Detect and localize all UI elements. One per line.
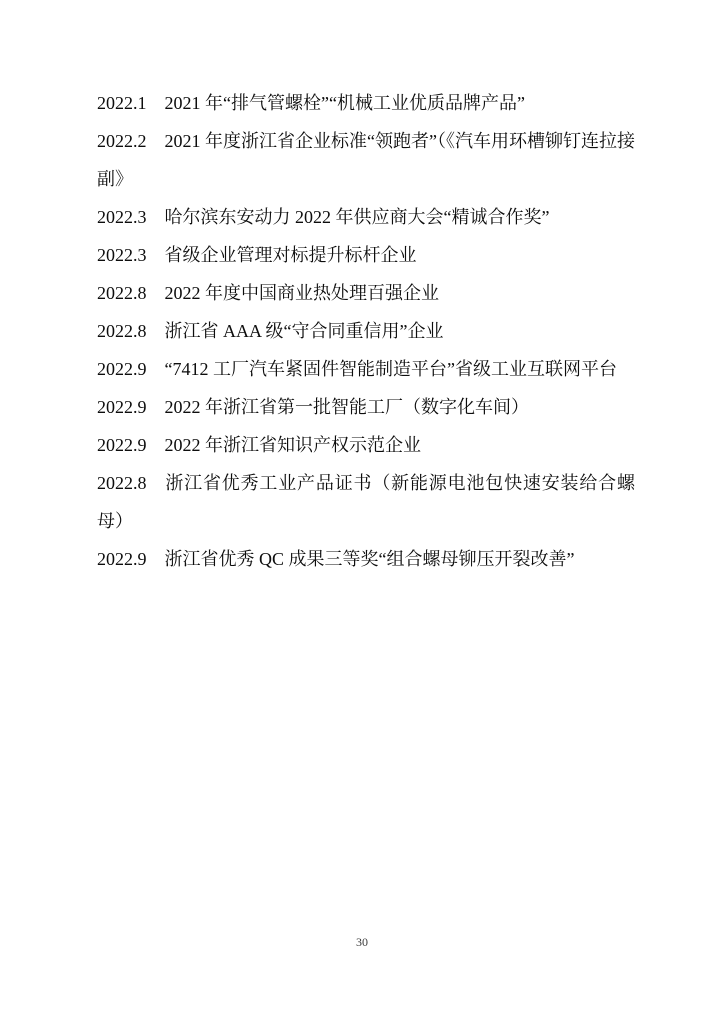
document-page: 2022.12021 年“排气管螺栓”“机械工业优质品牌产品” 2022.220…	[0, 0, 724, 1024]
award-text: 浙江省 AAA 级“守合同重信用”企业	[165, 321, 444, 341]
award-text: 2021 年“排气管螺栓”“机械工业优质品牌产品”	[165, 93, 525, 113]
award-entry: 2022.3哈尔滨东安动力 2022 年供应商大会“精诚合作奖”	[97, 198, 635, 236]
award-date: 2022.9	[97, 426, 147, 464]
award-entry: 2022.3省级企业管理对标提升标杆企业	[97, 236, 635, 274]
awards-list: 2022.12021 年“排气管螺栓”“机械工业优质品牌产品” 2022.220…	[97, 84, 635, 578]
page-number: 30	[0, 935, 724, 950]
award-entry: 2022.22021 年度浙江省企业标准“领跑者”（《汽车用环槽铆钉连拉接副》	[97, 122, 635, 198]
award-date: 2022.1	[97, 84, 147, 122]
award-entry: 2022.9浙江省优秀 QC 成果三等奖“组合螺母铆压开裂改善”	[97, 540, 635, 578]
award-text: 浙江省优秀工业产品证书（新能源电池包快速安装给合螺母）	[97, 473, 635, 531]
award-entry: 2022.8浙江省 AAA 级“守合同重信用”企业	[97, 312, 635, 350]
award-text: 2022 年浙江省第一批智能工厂（数字化车间）	[165, 397, 530, 417]
award-entry: 2022.12021 年“排气管螺栓”“机械工业优质品牌产品”	[97, 84, 635, 122]
award-text: 浙江省优秀 QC 成果三等奖“组合螺母铆压开裂改善”	[165, 549, 575, 569]
award-entry: 2022.9“7412 工厂汽车紧固件智能制造平台”省级工业互联网平台	[97, 350, 635, 388]
award-text: “7412 工厂汽车紧固件智能制造平台”省级工业互联网平台	[165, 359, 617, 379]
award-text: 2021 年度浙江省企业标准“领跑者”（《汽车用环槽铆钉连拉接副》	[97, 131, 635, 189]
award-entry: 2022.92022 年浙江省第一批智能工厂（数字化车间）	[97, 388, 635, 426]
award-date: 2022.8	[97, 464, 147, 502]
award-date: 2022.9	[97, 388, 147, 426]
award-entry: 2022.82022 年度中国商业热处理百强企业	[97, 274, 635, 312]
award-text: 2022 年度中国商业热处理百强企业	[165, 283, 440, 303]
award-date: 2022.8	[97, 274, 147, 312]
award-date: 2022.9	[97, 540, 147, 578]
award-date: 2022.8	[97, 312, 147, 350]
award-entry: 2022.8浙江省优秀工业产品证书（新能源电池包快速安装给合螺母）	[97, 464, 635, 540]
award-date: 2022.3	[97, 236, 147, 274]
award-text: 2022 年浙江省知识产权示范企业	[165, 435, 422, 455]
award-entry: 2022.92022 年浙江省知识产权示范企业	[97, 426, 635, 464]
award-date: 2022.9	[97, 350, 147, 388]
award-date: 2022.3	[97, 198, 147, 236]
award-text: 哈尔滨东安动力 2022 年供应商大会“精诚合作奖”	[165, 207, 550, 227]
award-date: 2022.2	[97, 122, 147, 160]
award-text: 省级企业管理对标提升标杆企业	[165, 245, 417, 265]
